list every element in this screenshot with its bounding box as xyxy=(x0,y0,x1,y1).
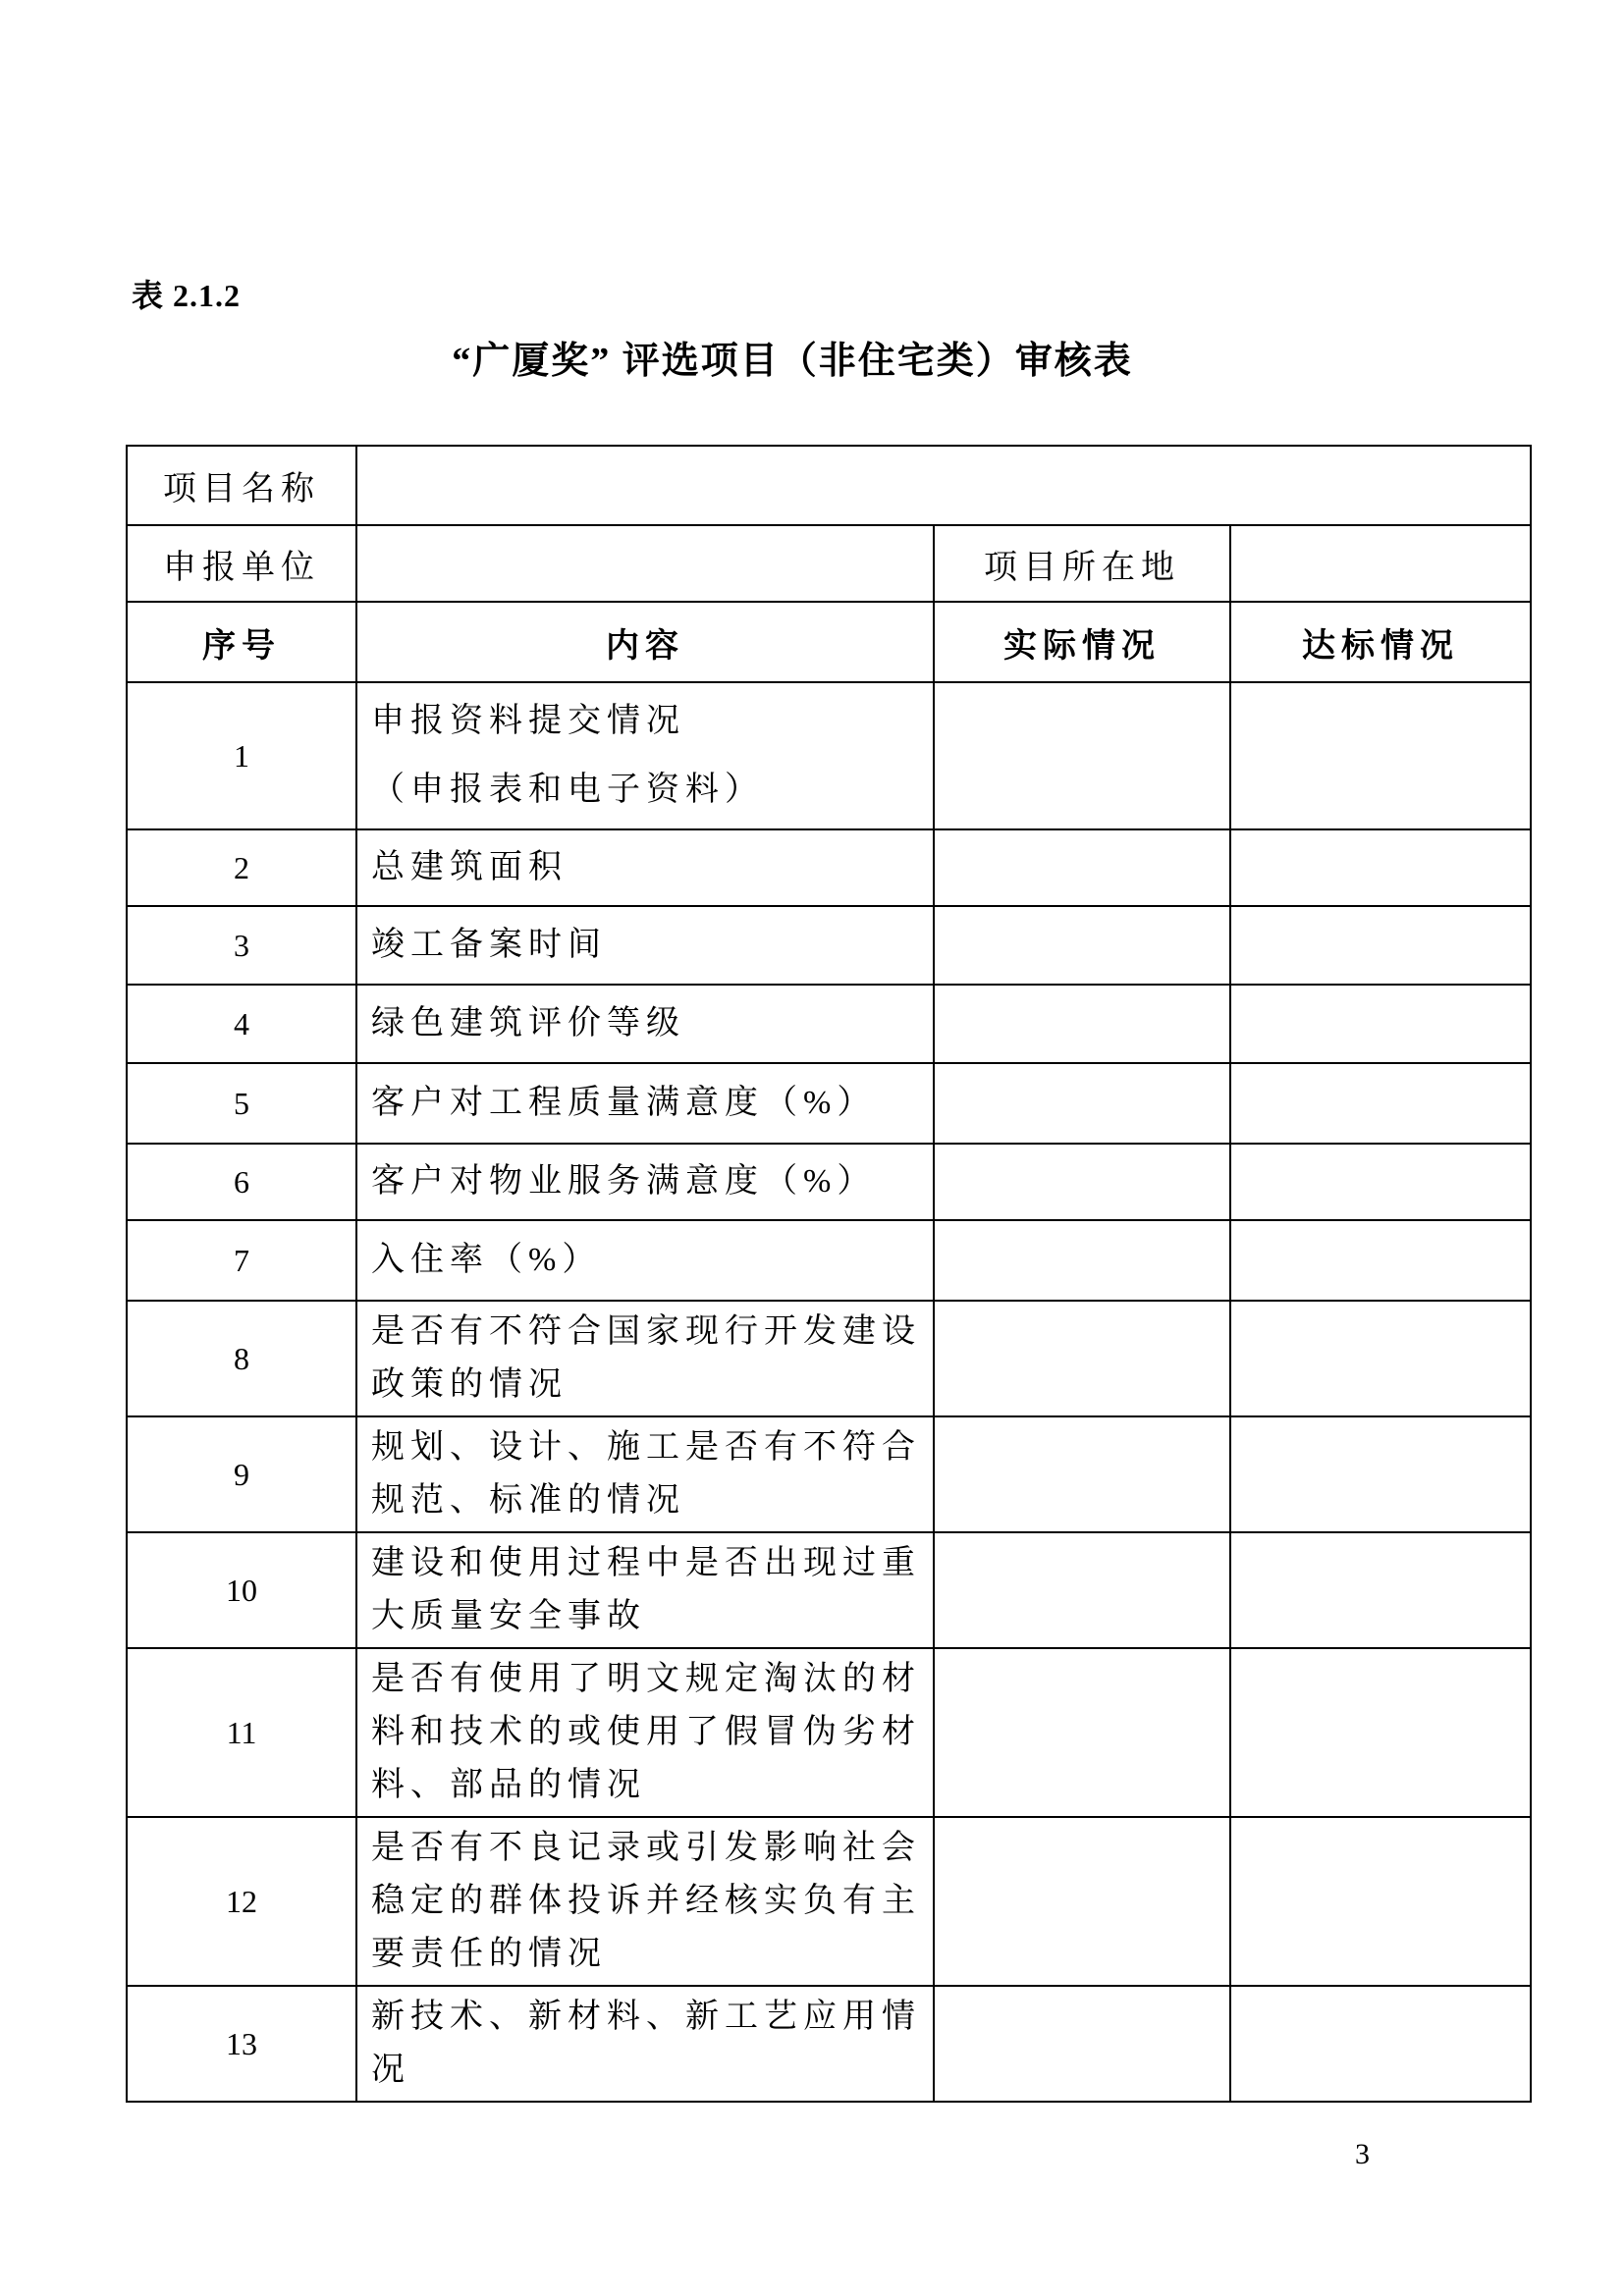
applicant-value xyxy=(356,525,934,602)
project-name-label: 项目名称 xyxy=(127,446,356,525)
compliance-status-cell xyxy=(1230,1986,1531,2102)
actual-status-cell xyxy=(934,1301,1230,1416)
page-title: “广厦奖” 评选项目（非住宅类）审核表 xyxy=(0,330,1585,384)
header-row: 序号 内容 实际情况 达标情况 xyxy=(127,602,1531,682)
row-content-cell: 是否有不良记录或引发影响社会稳定的群体投诉并经核实负有主要责任的情况 xyxy=(356,1817,934,1986)
compliance-status-cell xyxy=(1230,906,1531,985)
table-row: 7 入住率（%） xyxy=(127,1220,1531,1301)
table-row: 8 是否有不符合国家现行开发建设政策的情况 xyxy=(127,1301,1531,1416)
table-row: 3 竣工备案时间 xyxy=(127,906,1531,985)
applicant-row: 申报单位 项目所在地 xyxy=(127,525,1531,602)
header-compliance: 达标情况 xyxy=(1230,602,1531,682)
project-name-row: 项目名称 xyxy=(127,446,1531,525)
compliance-status-cell xyxy=(1230,1144,1531,1220)
table-row: 2 总建筑面积 xyxy=(127,829,1531,906)
row-number-cell: 4 xyxy=(127,985,356,1063)
actual-status-cell xyxy=(934,1986,1230,2102)
location-label: 项目所在地 xyxy=(934,525,1230,602)
row-number-cell: 5 xyxy=(127,1063,356,1144)
review-table: 项目名称 申报单位 项目所在地 序号 内容 实际情况 达标情况 1 申报资料提交… xyxy=(126,445,1532,2103)
table-row: 10 建设和使用过程中是否出现过重大质量安全事故 xyxy=(127,1532,1531,1648)
actual-status-cell xyxy=(934,829,1230,906)
compliance-status-cell xyxy=(1230,1063,1531,1144)
actual-status-cell xyxy=(934,682,1230,829)
compliance-status-cell xyxy=(1230,682,1531,829)
compliance-status-cell xyxy=(1230,1648,1531,1817)
actual-status-cell xyxy=(934,906,1230,985)
row-number-cell: 13 xyxy=(127,1986,356,2102)
table-row: 9 规划、设计、施工是否有不符合规范、标准的情况 xyxy=(127,1416,1531,1532)
row-number-cell: 1 xyxy=(127,682,356,829)
row-content-cell: 总建筑面积 xyxy=(356,829,934,906)
row-content-cell: 是否有不符合国家现行开发建设政策的情况 xyxy=(356,1301,934,1416)
row-number-cell: 12 xyxy=(127,1817,356,1986)
row-content-cell: 客户对工程质量满意度（%） xyxy=(356,1063,934,1144)
table-row: 13 新技术、新材料、新工艺应用情况 xyxy=(127,1986,1531,2102)
compliance-status-cell xyxy=(1230,985,1531,1063)
actual-status-cell xyxy=(934,1532,1230,1648)
actual-status-cell xyxy=(934,1416,1230,1532)
table-row: 4 绿色建筑评价等级 xyxy=(127,985,1531,1063)
row-number-cell: 7 xyxy=(127,1220,356,1301)
row-number-cell: 11 xyxy=(127,1648,356,1817)
project-name-value xyxy=(356,446,1531,525)
page-number: 3 xyxy=(1355,2138,1370,2171)
actual-status-cell xyxy=(934,1648,1230,1817)
row-number-cell: 8 xyxy=(127,1301,356,1416)
row-content-cell: 入住率（%） xyxy=(356,1220,934,1301)
actual-status-cell xyxy=(934,1063,1230,1144)
applicant-label: 申报单位 xyxy=(127,525,356,602)
table-row: 5 客户对工程质量满意度（%） xyxy=(127,1063,1531,1144)
table-label: 表 2.1.2 xyxy=(132,271,241,316)
row-content-cell: 建设和使用过程中是否出现过重大质量安全事故 xyxy=(356,1532,934,1648)
row-content-cell: 竣工备案时间 xyxy=(356,906,934,985)
compliance-status-cell xyxy=(1230,1817,1531,1986)
row-content-cell: 规划、设计、施工是否有不符合规范、标准的情况 xyxy=(356,1416,934,1532)
table-row: 11 是否有使用了明文规定淘汰的材料和技术的或使用了假冒伪劣材料、部品的情况 xyxy=(127,1648,1531,1817)
actual-status-cell xyxy=(934,1817,1230,1986)
table-row: 12 是否有不良记录或引发影响社会稳定的群体投诉并经核实负有主要责任的情况 xyxy=(127,1817,1531,1986)
row-content-cell: 申报资料提交情况 （申报表和电子资料） xyxy=(356,682,934,829)
compliance-status-cell xyxy=(1230,1301,1531,1416)
row-number-cell: 9 xyxy=(127,1416,356,1532)
table-row: 6 客户对物业服务满意度（%） xyxy=(127,1144,1531,1220)
row-content-cell: 客户对物业服务满意度（%） xyxy=(356,1144,934,1220)
location-value xyxy=(1230,525,1531,602)
row-number-cell: 2 xyxy=(127,829,356,906)
compliance-status-cell xyxy=(1230,1220,1531,1301)
row-number-cell: 3 xyxy=(127,906,356,985)
compliance-status-cell xyxy=(1230,829,1531,906)
table-row: 1 申报资料提交情况 （申报表和电子资料） xyxy=(127,682,1531,829)
header-content: 内容 xyxy=(356,602,934,682)
header-no: 序号 xyxy=(127,602,356,682)
actual-status-cell xyxy=(934,985,1230,1063)
actual-status-cell xyxy=(934,1220,1230,1301)
compliance-status-cell xyxy=(1230,1532,1531,1648)
header-actual: 实际情况 xyxy=(934,602,1230,682)
row-number-cell: 10 xyxy=(127,1532,356,1648)
actual-status-cell xyxy=(934,1144,1230,1220)
row-content-cell: 是否有使用了明文规定淘汰的材料和技术的或使用了假冒伪劣材料、部品的情况 xyxy=(356,1648,934,1817)
row-content-cell: 绿色建筑评价等级 xyxy=(356,985,934,1063)
compliance-status-cell xyxy=(1230,1416,1531,1532)
row-number-cell: 6 xyxy=(127,1144,356,1220)
row-content-cell: 新技术、新材料、新工艺应用情况 xyxy=(356,1986,934,2102)
document-page: 表 2.1.2 “广厦奖” 评选项目（非住宅类）审核表 项目名称 申报单位 项目… xyxy=(0,0,1624,2296)
